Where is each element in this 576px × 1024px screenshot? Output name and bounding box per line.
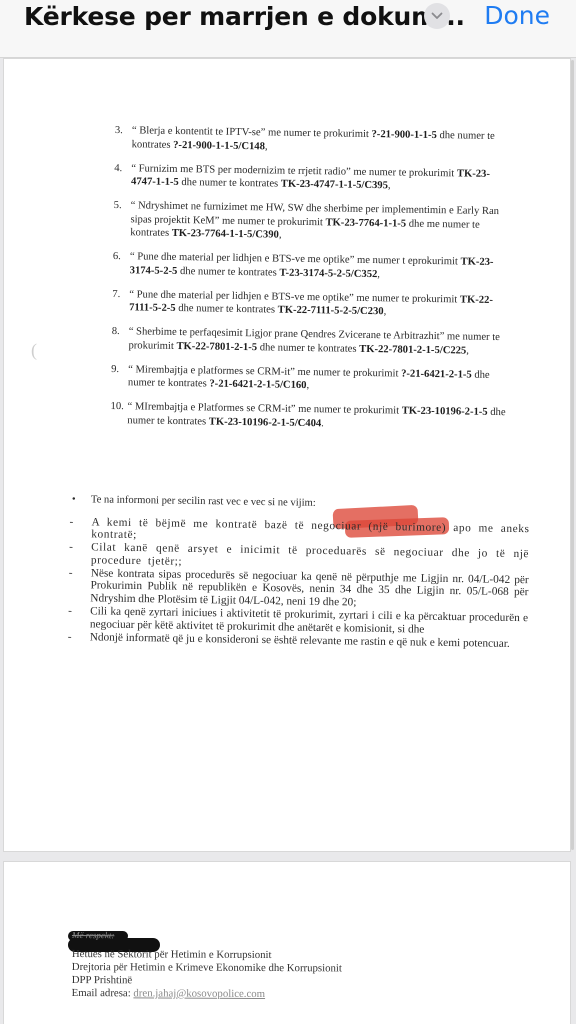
contract-number: ?-21-6421-2-1-5/C160 — [209, 379, 306, 392]
item-text: “ Mirembajtja e platformes se CRM-it” me… — [128, 364, 401, 379]
email-label: Email adresa: — [72, 987, 134, 999]
title-menu-button[interactable] — [424, 3, 450, 29]
dash-marker: - — [69, 567, 73, 580]
item-text: dhe numer te kontrates — [176, 303, 278, 316]
contract-item: 5.“ Ndryshimet ne furnizimet me HW, SW d… — [113, 199, 514, 246]
item-punct: , — [279, 230, 282, 241]
item-text: “ MIrembajtja e Platformes se CRM-it” me… — [127, 401, 401, 416]
question-list: -A kemi të bëjmë me kontratë bazë të neg… — [68, 515, 530, 650]
item-punct: , — [466, 345, 469, 356]
item-text: dhe numer te kontrates — [257, 342, 359, 355]
item-number: 4. — [114, 161, 122, 175]
contract-number: TK-22-7111-5-2-5/C230 — [278, 305, 384, 318]
chevron-down-icon — [431, 12, 443, 20]
contract-list: 3.“ Blerja e kontentit te IPTV-se” me nu… — [110, 124, 515, 444]
contract-number: TK-22-7801-2-1-5/C225 — [359, 343, 466, 356]
procurement-number: TK-22-7801-2-1-5 — [176, 340, 257, 352]
procurement-number: ?-21-900-1-1-5 — [371, 129, 436, 141]
contract-item: 4.“ Furnizim me BTS per modernizim te rr… — [114, 161, 514, 194]
document-title[interactable]: Kërkese per marrjen e dokum... — [24, 2, 465, 31]
done-button[interactable]: Done — [484, 1, 550, 30]
item-number: 3. — [115, 124, 123, 138]
procurement-number: TK-23-10196-2-1-5 — [402, 406, 488, 418]
bullet-icon: • — [72, 493, 76, 507]
item-punct: . — [321, 418, 324, 429]
item-punct: , — [377, 269, 380, 280]
contract-item: 7.“ Pune dhe material per lidhjen e BTS-… — [112, 287, 512, 320]
navigation-bar: Kërkese per marrjen e dokum... Done — [0, 0, 576, 58]
item-number: 6. — [113, 250, 121, 264]
contract-item: 9.“ Mirembajtja e platformes se CRM-it” … — [111, 362, 511, 395]
scan-artifact: ( — [31, 340, 37, 361]
item-text: “ Blerja e kontentit te IPTV-se” me nume… — [132, 125, 372, 140]
email-link[interactable]: dren.jahaj@kosovopolice.com — [133, 987, 265, 1000]
item-text: dhe numer te kontrates — [179, 177, 281, 190]
contract-number: ?-21-900-1-1-5/C148 — [173, 139, 265, 151]
item-punct: , — [388, 180, 391, 191]
item-number: 8. — [112, 325, 120, 339]
item-punct: , — [384, 306, 387, 317]
contract-number: TK-23-4747-1-1-5/C395 — [281, 179, 388, 192]
question-text: Nëse kontrata sipas procedurës së negoci… — [90, 567, 529, 609]
email-line: Email adresa: dren.jahaj@kosovopolice.co… — [72, 987, 342, 1001]
item-number: 10. — [110, 400, 123, 414]
item-number: 5. — [114, 199, 122, 213]
item-text: dhe numer te kontrates — [177, 265, 279, 278]
item-number: 9. — [111, 362, 119, 376]
scrollbar[interactable] — [571, 60, 574, 850]
item-number: 7. — [112, 287, 120, 301]
contract-item: 6.“ Pune dhe material per lidhjen e BTS-… — [113, 250, 513, 283]
question-text: A kemi të bëjmë me kontratë bazë të nego… — [91, 516, 529, 542]
procurement-number: TK-23-7764-1-1-5 — [325, 217, 406, 229]
contract-item: 3.“ Blerja e kontentit te IPTV-se” me nu… — [115, 124, 515, 157]
contract-number: T-23-3174-5-2-5/C352 — [279, 267, 377, 280]
contract-item: 8.“ Sherbime te perfaqesimit Ligjor pran… — [111, 325, 511, 358]
item-punct: , — [265, 141, 268, 152]
contract-number: TK-23-7764-1-1-5/C390 — [172, 228, 279, 241]
dash-marker: - — [69, 541, 74, 554]
contract-item: 10.“ MIrembajtja e Platformes se CRM-it”… — [110, 400, 510, 433]
item-punct: , — [306, 380, 309, 391]
dash-marker: - — [68, 631, 72, 644]
information-request: • Te na informoni per secilin rast vec e… — [68, 493, 530, 651]
greeting: Më respekt: — [72, 929, 342, 943]
dash-marker: - — [68, 605, 72, 618]
procurement-number: ?-21-6421-2-1-5 — [401, 368, 472, 380]
signature-block: Më respekt: Hetues në Sektorit për Hetim… — [72, 929, 343, 1001]
contract-number: TK-23-10196-2-1-5/C404 — [209, 416, 322, 429]
dash-marker: - — [69, 515, 74, 528]
